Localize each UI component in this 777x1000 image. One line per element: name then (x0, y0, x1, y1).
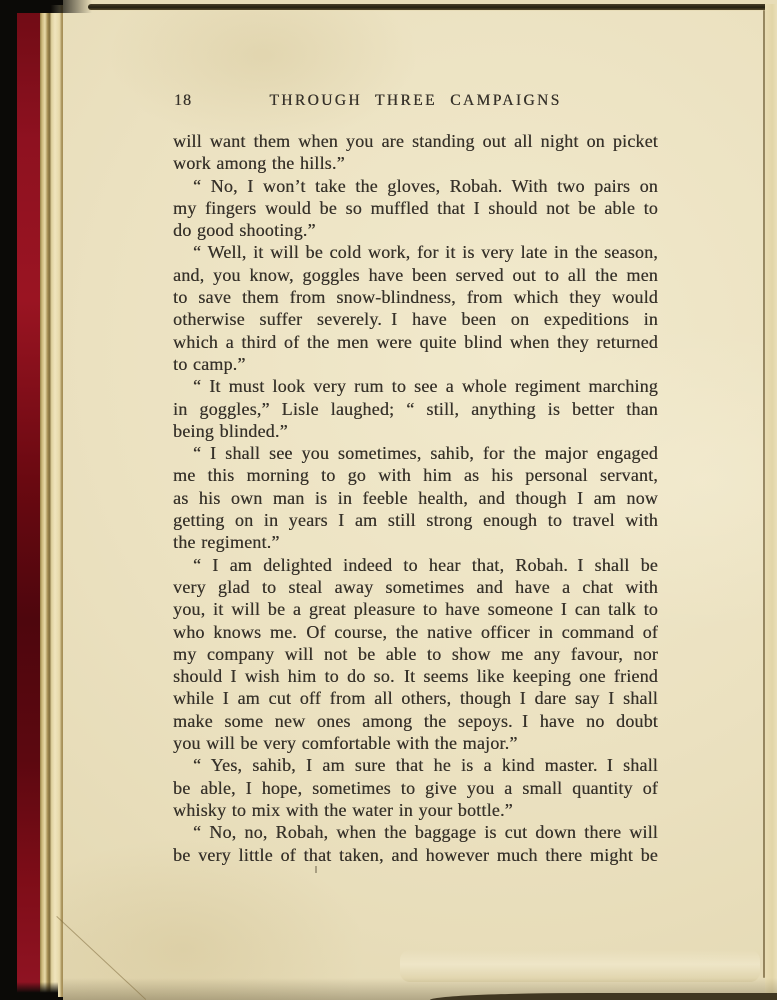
top-edge-shadow (88, 4, 772, 10)
text-line: the regiment.” (173, 531, 658, 553)
text-line: me this morning to go with him as his pe… (173, 464, 658, 486)
bottom-left-shadow (0, 982, 58, 1000)
text-line: which a third of the men were quite blin… (173, 331, 658, 353)
text-line: “ Well, it will be cold work, for it is … (173, 241, 658, 263)
right-page-edge (765, 4, 777, 996)
text-line: “ Yes, sahib, I am sure that he is a kin… (173, 754, 658, 776)
text-line: very glad to steal away sometimes and ha… (173, 576, 658, 598)
text-line: and, you know, goggles have been served … (173, 264, 658, 286)
text-line: my company will not be able to show me a… (173, 643, 658, 665)
bottom-edge-curve (430, 993, 777, 1000)
text-line: make some new ones among the sepoys. I h… (173, 710, 658, 732)
text-line: do good shooting.” (173, 219, 658, 241)
text-line: you will be very comfortable with the ma… (173, 732, 658, 754)
text-line: should I wish him to do so. It seems lik… (173, 665, 658, 687)
scanned-book-photo: 18 THROUGH THREE CAMPAIGNS will want the… (0, 0, 777, 1000)
text-line: you, it will be a great pleasure to have… (173, 598, 658, 620)
running-title: THROUGH THREE CAMPAIGNS (173, 92, 658, 110)
text-line: “ I am delighted indeed to hear that, Ro… (173, 554, 658, 576)
page-header: 18 THROUGH THREE CAMPAIGNS (173, 92, 658, 110)
text-line: my fingers would be so muffled that I sh… (173, 197, 658, 219)
stray-ink-mark (315, 866, 317, 873)
text-line: otherwise suffer severely. I have been o… (173, 308, 658, 330)
text-line: to save them from snow-blindness, from w… (173, 286, 658, 308)
text-line: getting on in years I am still strong en… (173, 509, 658, 531)
text-line: work among the hills.” (173, 152, 658, 174)
text-block: will want them when you are standing out… (173, 130, 658, 866)
page-edge-stack (40, 5, 65, 997)
text-line: in goggles,” Lisle laughed; “ still, any… (173, 398, 658, 420)
text-line: as his own man is in feeble health, and … (173, 487, 658, 509)
top-left-shadow (0, 0, 92, 13)
text-line: while I am cut off from all others, thou… (173, 687, 658, 709)
text-line: be able, I hope, sometimes to give you a… (173, 777, 658, 799)
text-line: whisky to mix with the water in your bot… (173, 799, 658, 821)
text-line: being blinded.” (173, 420, 658, 442)
right-edge-seam (763, 10, 765, 978)
text-line: “ No, I won’t take the gloves, Robah. Wi… (173, 175, 658, 197)
text-line: will want them when you are standing out… (173, 130, 658, 152)
text-line: “ It must look very rum to see a whole r… (173, 375, 658, 397)
text-line: who knows me. Of course, the native offi… (173, 621, 658, 643)
text-line: “ No, no, Robah, when the baggage is cut… (173, 821, 658, 843)
text-line: to camp.” (173, 353, 658, 375)
text-line: be very little of that taken, and howeve… (173, 844, 658, 866)
text-line: “ I shall see you sometimes, sahib, for … (173, 442, 658, 464)
page-number: 18 (174, 92, 192, 110)
